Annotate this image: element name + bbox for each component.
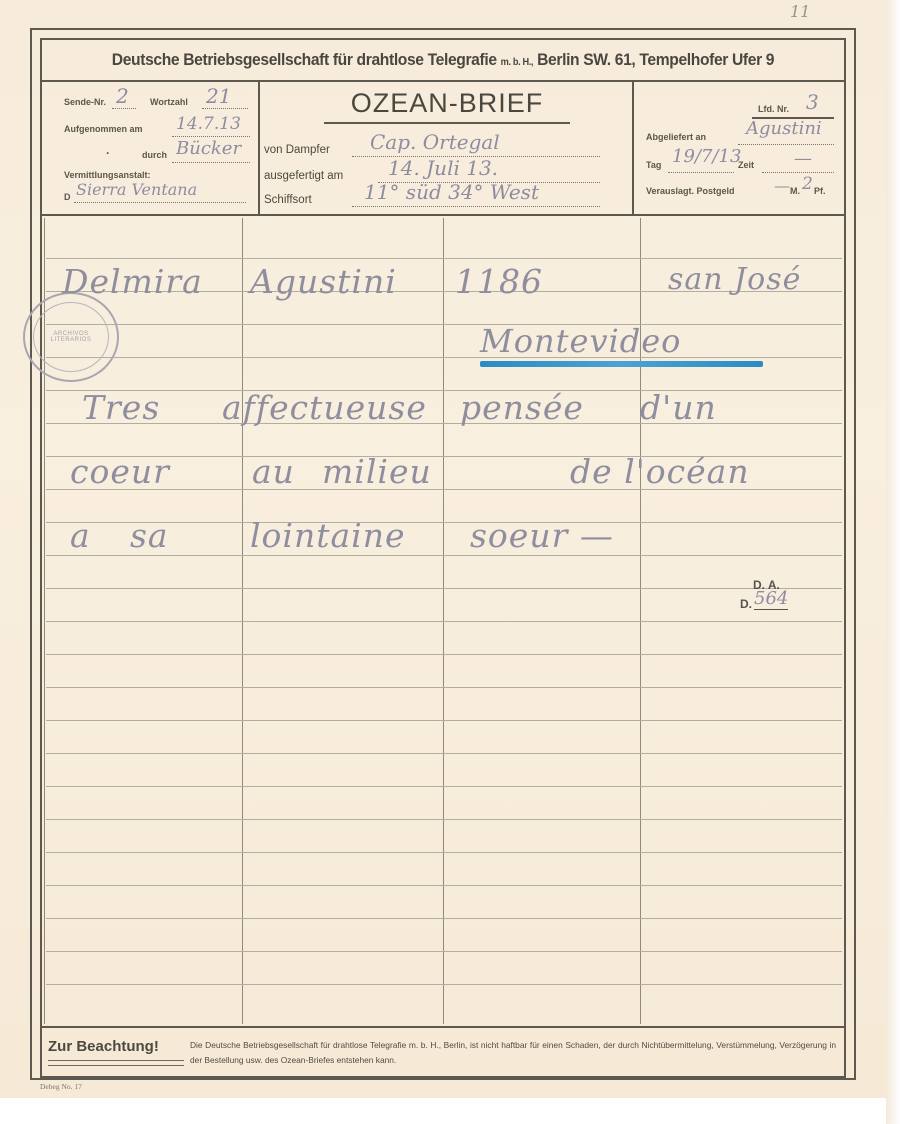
- address-word: Delmira: [62, 262, 203, 301]
- blue-pencil-underline: [480, 361, 763, 367]
- sende-nr-value: 2: [116, 84, 129, 108]
- message-word: au: [252, 452, 295, 491]
- ozean-brief-heading: OZEAN-BRIEF: [260, 88, 634, 119]
- address-word: san José: [668, 262, 801, 297]
- grid-rule: [46, 555, 842, 556]
- company-title: Deutsche Betriebsgesellschaft für drahtl…: [112, 50, 774, 70]
- message-grid: [44, 218, 844, 1024]
- message-word: a: [70, 516, 91, 555]
- wortzahl-label: Wortzahl: [150, 97, 188, 107]
- address-word: 1186: [455, 262, 543, 301]
- schiffsort-line: [352, 206, 600, 207]
- grid-rule: [46, 786, 842, 787]
- heading-underline: [324, 122, 570, 124]
- grid-rule: [46, 951, 842, 952]
- message-word: de l'océan: [570, 452, 750, 491]
- lfd-nr-value: 3: [806, 90, 819, 114]
- grid-rule: [46, 885, 842, 886]
- ozean-brief-box: OZEAN-BRIEF von Dampfer Cap. Ortegal aus…: [260, 82, 634, 214]
- message-word: lointaine: [250, 516, 406, 555]
- company-name: Deutsche Betriebsgesellschaft für drahtl…: [112, 50, 497, 69]
- grid-rule: [46, 819, 842, 820]
- aufgenommen-label: Aufgenommen am: [64, 124, 143, 134]
- notice-heading-bar: [48, 1060, 184, 1066]
- zeit-label: Zeit: [738, 160, 754, 170]
- grid-rule: [46, 852, 842, 853]
- company-form: m. b. H.,: [501, 57, 533, 68]
- form-header: Sende-Nr. 2 Wortzahl 21 Aufgenommen am 1…: [42, 82, 844, 214]
- grid-rule: [46, 390, 842, 391]
- grid-rule: [46, 588, 842, 589]
- company-header: Deutsche Betriebsgesellschaft für drahtl…: [42, 40, 844, 82]
- vermittlung-line: [74, 202, 246, 203]
- vermittlung-value: Sierra Ventana: [76, 180, 197, 199]
- dampfer-label: von Dampfer: [264, 144, 330, 156]
- sende-nr-line: [112, 108, 136, 109]
- wortzahl-line: [202, 108, 248, 109]
- postgeld-label: Verauslagt. Postgeld: [646, 186, 735, 196]
- vermittlung-label: Vermittlungsanstalt:: [64, 170, 151, 180]
- archive-stamp: ARCHIVOS LITERARIOS: [23, 292, 119, 382]
- postgeld-m-value: —: [774, 176, 790, 195]
- tag-value: 19/7/13: [672, 146, 741, 167]
- postgeld-pf-value: 2: [802, 174, 813, 194]
- zeit-value: —: [794, 148, 812, 169]
- message-word: Tres: [82, 388, 160, 427]
- ausgefertigt-value: 14. Juli 13.: [388, 156, 498, 180]
- grid-rule: [46, 357, 842, 358]
- address-word: Agustini: [250, 262, 397, 301]
- schiffsort-label: Schiffsort: [264, 194, 312, 206]
- message-word: sa: [130, 516, 169, 555]
- message-word: coeur: [70, 452, 170, 491]
- scan-margin-right: [886, 0, 900, 1124]
- grid-rule: [46, 687, 842, 688]
- wortzahl-value: 21: [206, 84, 231, 108]
- ausgefertigt-label: ausgefertigt am: [264, 170, 343, 182]
- durch-value: Bücker: [176, 138, 241, 159]
- grid-rule: [46, 621, 842, 622]
- dampfer-value: Cap. Ortegal: [370, 130, 500, 154]
- lfd-nr-label: Lfd. Nr.: [758, 104, 789, 114]
- durch-label: durch: [142, 150, 167, 160]
- abgeliefert-line: [738, 144, 834, 145]
- message-word: d'un: [640, 388, 717, 427]
- grid-rule: [46, 324, 842, 325]
- message-word: soeur —: [470, 516, 614, 555]
- notice-text: Die Deutsche Betriebsgesellschaft für dr…: [190, 1038, 836, 1068]
- bullet-dot: ·: [106, 146, 110, 160]
- zeit-line: [762, 172, 834, 173]
- abgeliefert-value: Agustini: [746, 118, 822, 139]
- notice-footer: Zur Beachtung! Die Deutsche Betriebsgese…: [42, 1026, 844, 1078]
- grid-rule: [46, 654, 842, 655]
- grid-rule: [46, 918, 842, 919]
- delivery-info-box: Lfd. Nr. 3 Abgeliefert an Agustini Tag 1…: [634, 82, 840, 214]
- grid-rule: [46, 984, 842, 985]
- stamp-line1: ARCHIVOS: [53, 331, 88, 337]
- abgeliefert-label: Abgeliefert an: [646, 132, 706, 142]
- grid-rule: [46, 720, 842, 721]
- d-prefix: D.: [740, 597, 752, 611]
- page-number: 11: [790, 2, 810, 21]
- message-word: milieu: [322, 452, 432, 491]
- grid-rule: [46, 258, 842, 259]
- tag-label: Tag: [646, 160, 661, 170]
- notice-heading: Zur Beachtung!: [48, 1038, 159, 1055]
- postgeld-m-label: M.: [790, 186, 800, 196]
- company-address: Berlin SW. 61, Tempelhofer Ufer 9: [537, 50, 774, 69]
- stamp-line2: LITERARIOS: [51, 337, 92, 343]
- durch-line: [172, 162, 250, 163]
- aufgenommen-value: 14.7.13: [176, 114, 241, 134]
- message-word: affectueuse: [222, 388, 427, 427]
- postgeld-pf-label: Pf.: [814, 186, 826, 196]
- form-number: Debeg No. 17: [40, 1082, 82, 1091]
- d-label: D: [64, 192, 71, 202]
- grid-rule: [46, 753, 842, 754]
- grid-rule: [46, 423, 842, 424]
- schiffsort-value: 11° süd 34° West: [364, 180, 539, 204]
- sende-nr-label: Sende-Nr.: [64, 97, 106, 107]
- address-city: Montevideo: [480, 322, 681, 360]
- aufgenommen-line: [172, 136, 250, 137]
- d-number: 564: [754, 588, 788, 610]
- scan-margin-bottom: [0, 1098, 900, 1124]
- message-word: pensée: [460, 388, 584, 427]
- transmission-info-box: Sende-Nr. 2 Wortzahl 21 Aufgenommen am 1…: [46, 82, 260, 214]
- tag-line: [668, 172, 734, 173]
